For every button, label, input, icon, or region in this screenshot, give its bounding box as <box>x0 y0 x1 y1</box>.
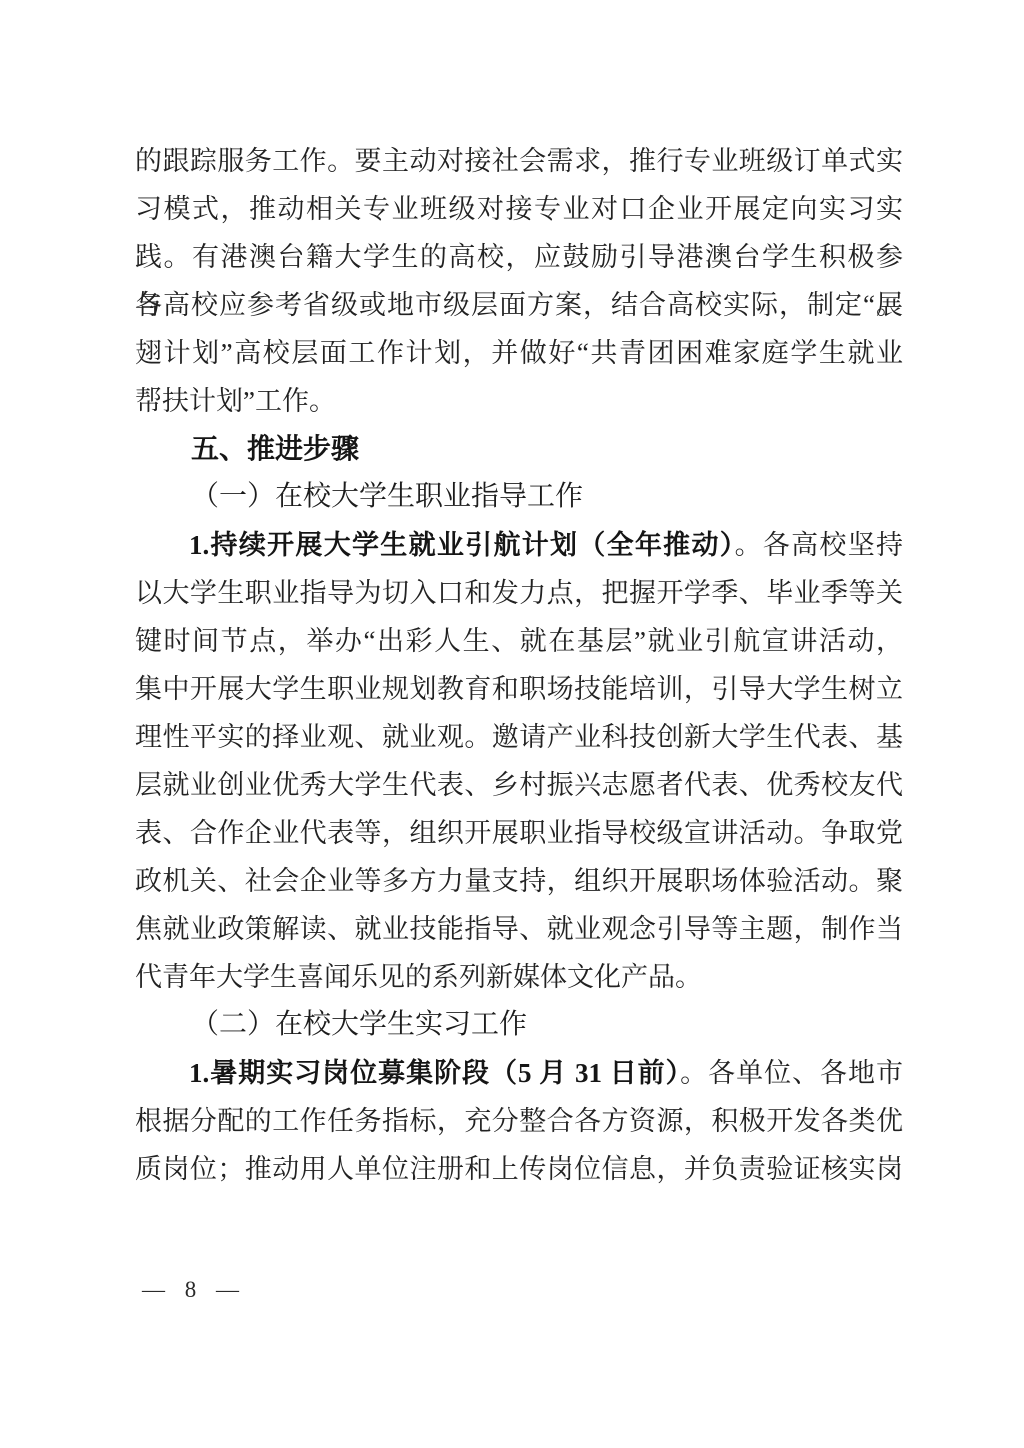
heading-section-5: 五、推进步骤 <box>135 425 903 473</box>
document-body: 的跟踪服务工作。要主动对接社会需求，推行专业班级订单式实习模式，推动相关专业班级… <box>135 137 903 1193</box>
heading-sub-2: （二）在校大学生实习工作 <box>135 1001 903 1049</box>
para-career-guidance-line-10: 代青年大学生喜闻乐见的系列新媒体文化产品。 <box>135 953 903 1001</box>
para-tracking-service-line-1: 的跟踪服务工作。要主动对接社会需求，推行专业班级订单式实 <box>135 137 903 185</box>
para-internship-recruit-lead-rest: 。各单位、各地市 <box>680 1058 903 1088</box>
para-career-guidance-line-2: 以大学生职业指导为切入口和发力点，把握开学季、毕业季等关 <box>135 569 903 617</box>
para-tracking-service-line-4: 各高校应参考省级或地市级层面方案，结合高校实际，制定“展 <box>135 281 903 329</box>
para-internship-recruit-line-1: 1.暑期实习岗位募集阶段（5 月 31 日前）。各单位、各地市 <box>135 1049 903 1097</box>
para-career-guidance-line-9: 焦就业政策解读、就业技能指导、就业观念引导等主题，制作当 <box>135 905 903 953</box>
page-number: — 8 — <box>142 1276 246 1304</box>
para-career-guidance-line-8: 政机关、社会企业等多方力量支持，组织开展职场体验活动。聚 <box>135 857 903 905</box>
para-career-guidance-line-5: 理性平实的择业观、就业观。邀请产业科技创新大学生代表、基 <box>135 713 903 761</box>
heading-sub-1: （一）在校大学生职业指导工作 <box>135 473 903 521</box>
para-internship-recruit-line-2: 根据分配的工作任务指标，充分整合各方资源，积极开发各类优 <box>135 1097 903 1145</box>
para-career-guidance-line-6: 层就业创业优秀大学生代表、乡村振兴志愿者代表、优秀校友代 <box>135 761 903 809</box>
para-tracking-service-line-2: 习模式，推动相关专业班级对接专业对口企业开展定向实习实 <box>135 185 903 233</box>
para-tracking-service-line-3: 践。有港澳台籍大学生的高校，应鼓励引导港澳台学生积极参与。 <box>135 233 903 281</box>
para-career-guidance-line-3: 键时间节点，举办“出彩人生、就在基层”就业引航宣讲活动， <box>135 617 903 665</box>
para-career-guidance-lead-rest: 。各高校坚持 <box>735 530 903 560</box>
para-internship-recruit-bold-lead: 1.暑期实习岗位募集阶段（5 月 31 日前） <box>189 1058 680 1088</box>
para-tracking-service-line-5: 翅计划”高校层面工作计划，并做好“共青团困难家庭学生就业 <box>135 329 903 377</box>
para-career-guidance-line-4: 集中开展大学生职业规划教育和职场技能培训，引导大学生树立 <box>135 665 903 713</box>
para-career-guidance-line-1: 1.持续开展大学生就业引航计划（全年推动）。各高校坚持 <box>135 521 903 569</box>
para-career-guidance-line-7: 表、合作企业代表等，组织开展职业指导校级宣讲活动。争取党 <box>135 809 903 857</box>
para-career-guidance-bold-lead: 1.持续开展大学生就业引航计划（全年推动） <box>189 530 735 560</box>
para-internship-recruit-line-3: 质岗位；推动用人单位注册和上传岗位信息，并负责验证核实岗 <box>135 1145 903 1193</box>
para-tracking-service-line-6: 帮扶计划”工作。 <box>135 377 903 425</box>
document-page: 的跟踪服务工作。要主动对接社会需求，推行专业班级订单式实习模式，推动相关专业班级… <box>0 0 1024 1448</box>
